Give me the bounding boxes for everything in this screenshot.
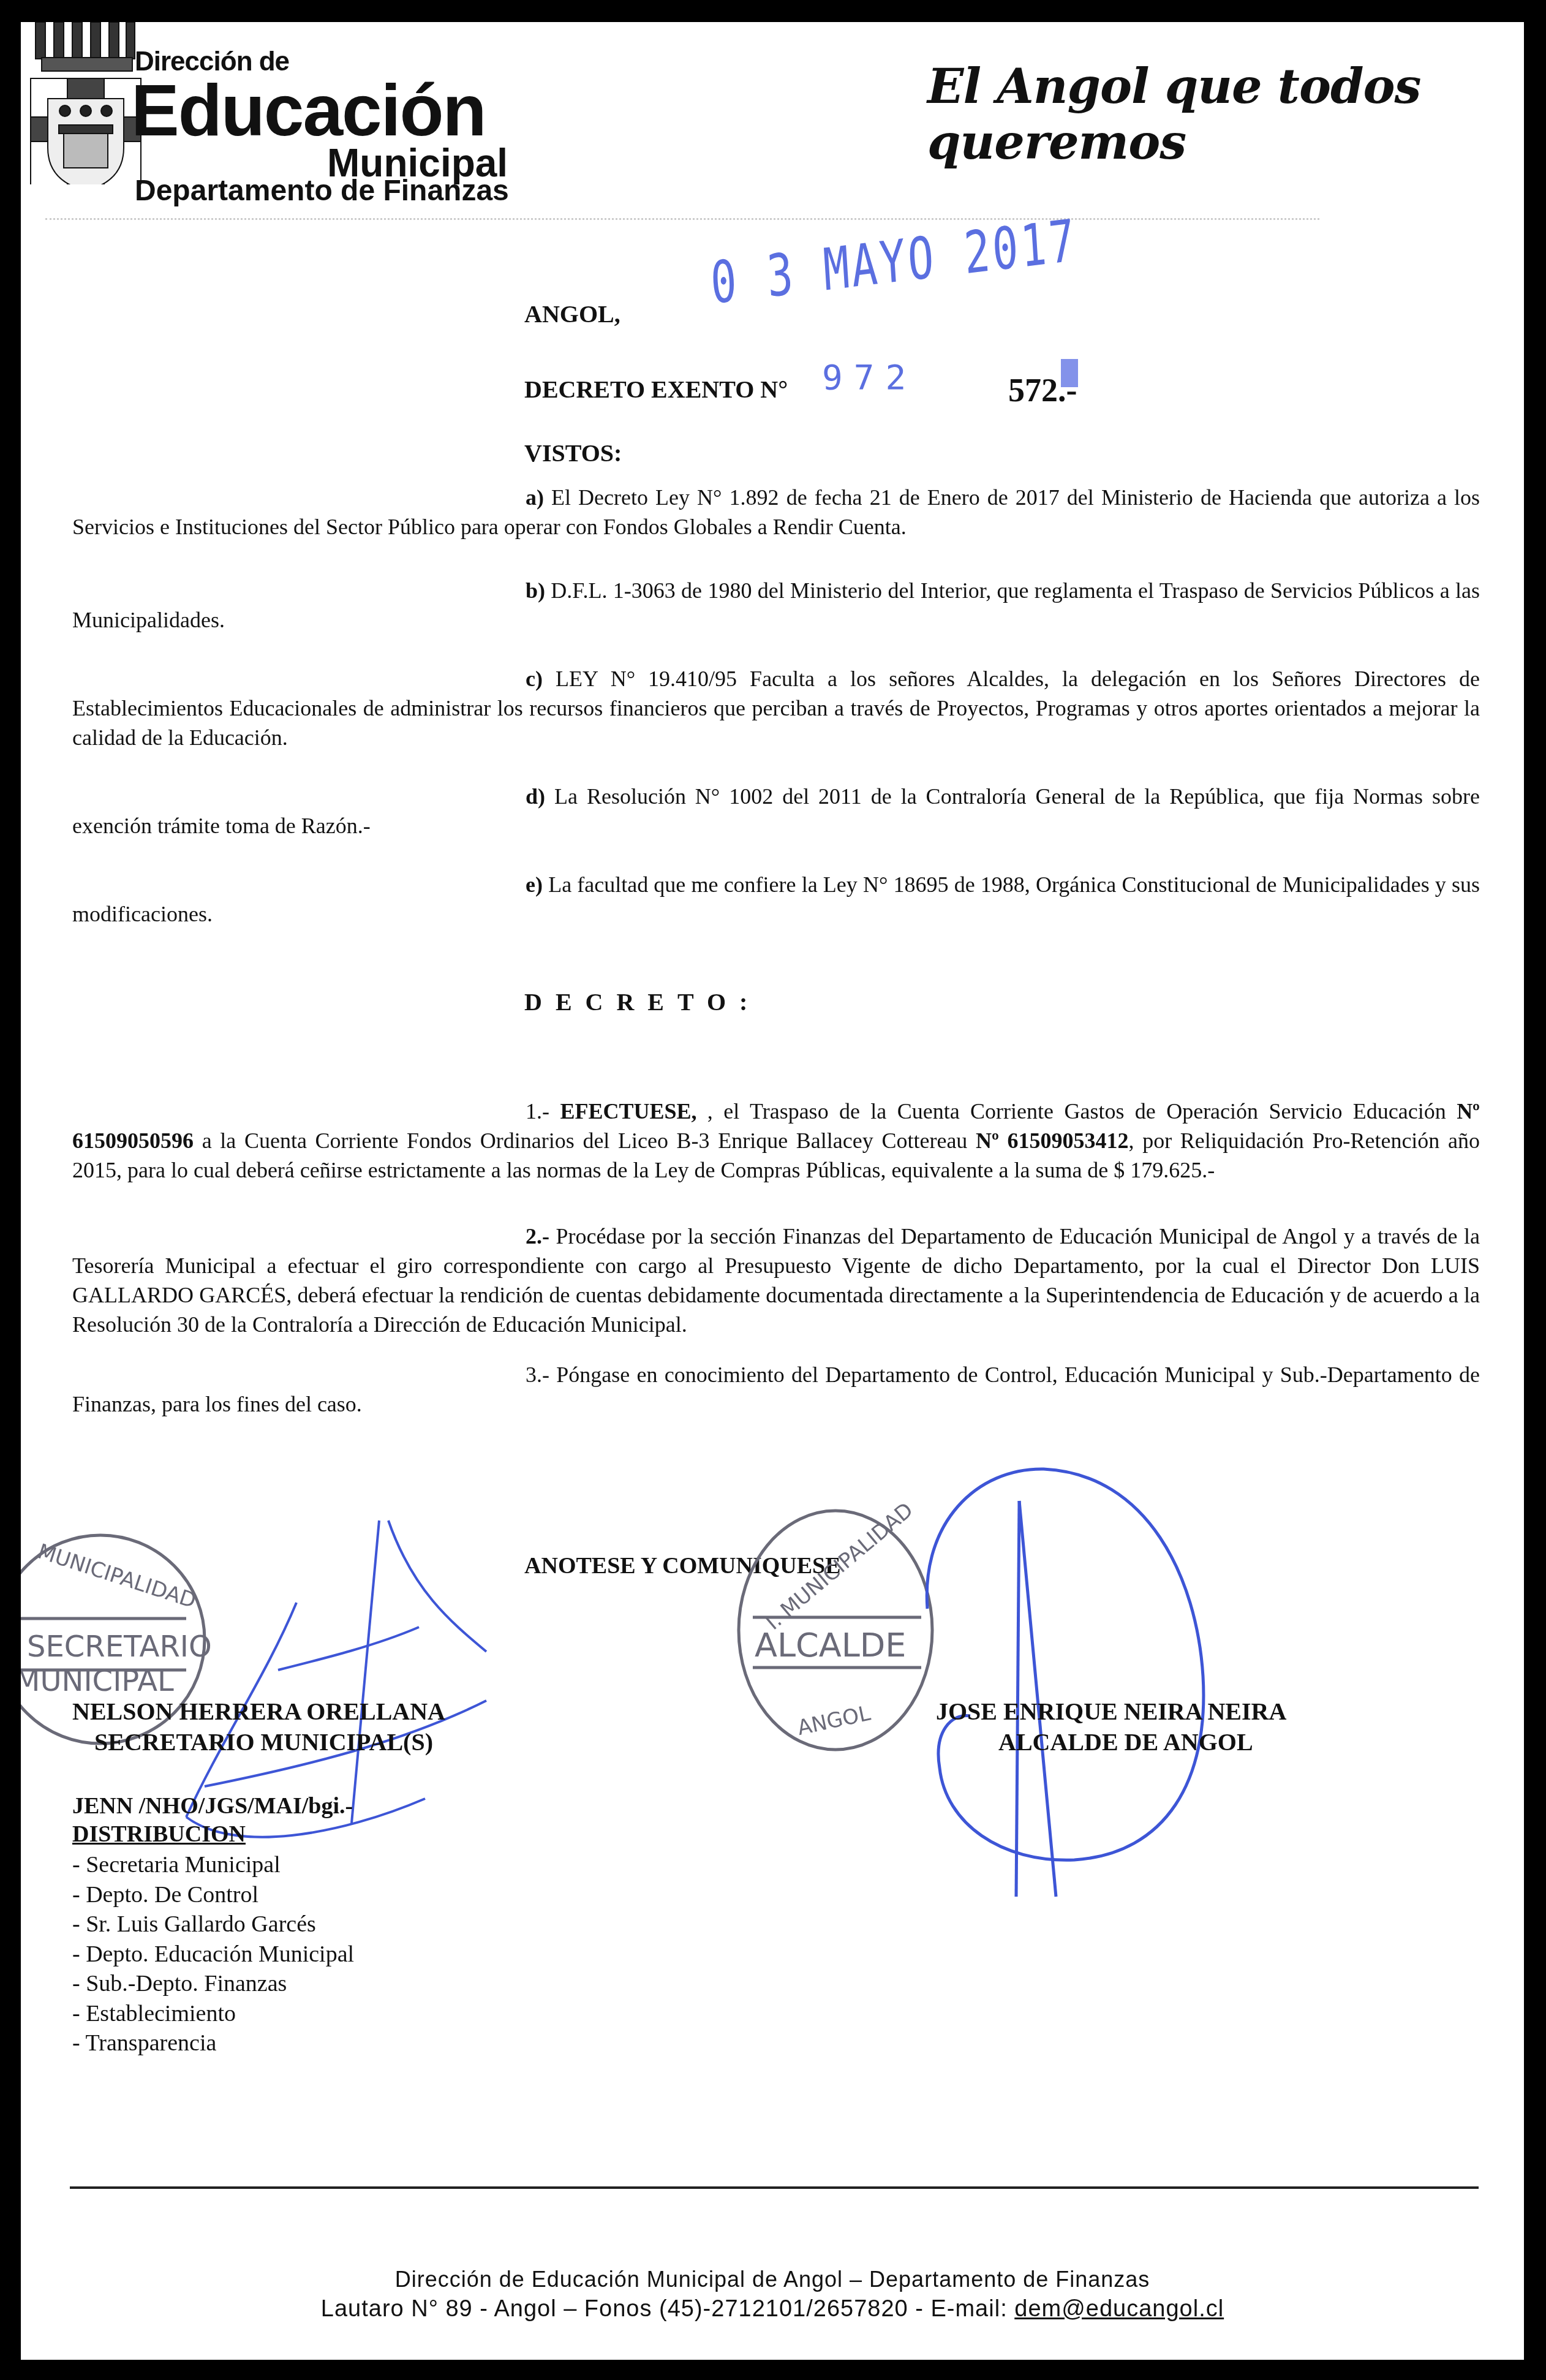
- secretary-signature: [186, 1521, 486, 1837]
- closing-formula: ANOTESE Y COMUNIQUESE: [524, 1552, 841, 1579]
- svg-text:MUNICIPALIDAD: MUNICIPALIDAD: [35, 1539, 199, 1614]
- city-label: ANGOL,: [524, 300, 620, 328]
- secretary-name: NELSON HERRERA ORELLANA: [72, 1697, 445, 1726]
- mayor-title: ALCALDE DE ANGOL: [998, 1728, 1253, 1756]
- svg-text:MUNICIPAL: MUNICIPAL: [21, 1664, 174, 1698]
- vistos-heading: VISTOS:: [524, 439, 622, 467]
- list-item: - Sr. Luis Gallardo Garcés: [72, 1910, 354, 1940]
- list-item: - Establecimiento: [72, 1999, 354, 2029]
- distribution-heading: DISTRIBUCION: [72, 1821, 246, 1848]
- email-link[interactable]: dem@educangol.cl: [1014, 2296, 1224, 2322]
- svg-text:ANGOL: ANGOL: [795, 1701, 872, 1740]
- date-stamp: 0 3 MAYO 2017: [709, 206, 1079, 317]
- mayor-signature: [927, 1469, 1204, 1897]
- article-2: 2.- Procédase por la sección Finanzas de…: [72, 1222, 1480, 1339]
- visto-a: a) El Decreto Ley N° 1.892 de fecha 21 d…: [72, 483, 1480, 542]
- footer-institution: Dirección de Educación Municipal de Ango…: [21, 2267, 1524, 2292]
- footer-divider: [70, 2186, 1479, 2189]
- stamp-mark-icon: [1061, 359, 1078, 387]
- visto-c: c) LEY N° 19.410/95 Faculta a los señore…: [72, 664, 1480, 752]
- document-page: Dirección de Educación Municipal Departa…: [21, 22, 1524, 2360]
- distribution-list: - Secretaria Municipal - Depto. De Contr…: [72, 1850, 354, 2058]
- footer-contact: Lautaro N° 89 - Angol – Fonos (45)-27121…: [21, 2296, 1524, 2322]
- visto-e: e) La facultad que me confiere la Ley N°…: [72, 870, 1480, 929]
- header-department: Departamento de Finanzas: [135, 176, 509, 206]
- visto-b: b) D.F.L. 1-3063 de 1980 del Ministerio …: [72, 576, 1480, 635]
- article-3: 3.- Póngase en conocimiento del Departam…: [72, 1360, 1480, 1419]
- header-slogan: El Angol que todos queremos: [927, 59, 1524, 170]
- list-item: - Secretaria Municipal: [72, 1850, 354, 1880]
- mayor-seal-icon: ALCALDE ANGOL I. MUNICIPALIDAD: [739, 1498, 932, 1750]
- list-item: - Transparencia: [72, 2028, 354, 2058]
- article-1: 1.- EFECTUESE, , el Traspaso de la Cuent…: [72, 1097, 1480, 1185]
- municipal-crest-icon: [25, 22, 147, 184]
- header-line-2: Educación: [131, 75, 486, 147]
- secretary-title: SECRETARIO MUNICIPAL(S): [94, 1728, 433, 1756]
- decreto-heading: DECRETO:: [524, 988, 761, 1016]
- svg-text:SECRETARIO: SECRETARIO: [27, 1630, 212, 1664]
- list-item: - Sub.-Depto. Finanzas: [72, 1969, 354, 1999]
- decree-number-stamp: 972: [822, 358, 917, 398]
- decree-number-label: DECRETO EXENTO N°: [524, 375, 788, 404]
- list-item: - Depto. De Control: [72, 1880, 354, 1910]
- visto-d: d) La Resolución N° 1002 del 2011 de la …: [72, 782, 1480, 841]
- header-divider: [45, 218, 1319, 220]
- svg-text:ALCALDE: ALCALDE: [755, 1626, 906, 1664]
- reference-initials: JENN /NHO/JGS/MAI/bgi.-: [72, 1793, 353, 1819]
- mayor-name: JOSE ENRIQUE NEIRA NEIRA: [936, 1697, 1286, 1726]
- list-item: - Depto. Educación Municipal: [72, 1940, 354, 1970]
